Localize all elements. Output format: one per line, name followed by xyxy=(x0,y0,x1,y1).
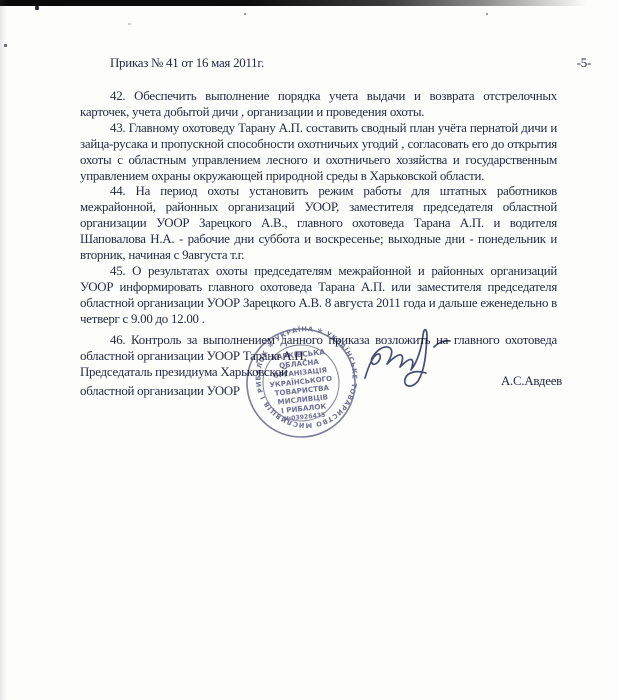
signatory-name: А.С.Авдеев xyxy=(501,374,562,389)
page-number: -5- xyxy=(577,56,591,71)
paragraph-43: 43. Главному охотоведу Тарану А.П. соста… xyxy=(80,121,557,185)
paragraph-45: 45. О результатах охоты председателям ме… xyxy=(80,264,557,328)
scan-speck xyxy=(244,13,246,15)
handwritten-signature xyxy=(358,324,458,406)
signature-stroke-main xyxy=(365,330,427,387)
signature-stroke-dash xyxy=(434,341,450,347)
paragraph-42: 42. Обеспечить выполнение порядка учета … xyxy=(80,89,557,121)
document-page: Приказ № 41 от 16 мая 2011г. -5- 42. Обе… xyxy=(0,0,618,700)
official-stamp: ✻ УКРАЇНА ✻ УКРАЇНСЬКЕ ТОВАРИСТВО МИСЛИВ… xyxy=(235,317,367,449)
scan-top-edge xyxy=(0,0,618,6)
scan-speck xyxy=(35,6,39,10)
scan-speck xyxy=(4,44,7,47)
scan-speck xyxy=(128,23,131,25)
order-header: Приказ № 41 от 16 мая 2011г. -5- xyxy=(0,56,618,74)
scan-left-edge xyxy=(0,0,7,700)
paragraph-44: 44. На период охоты установить режим раб… xyxy=(80,184,557,264)
scan-speck xyxy=(486,13,488,15)
order-number-line: Приказ № 41 от 16 мая 2011г. xyxy=(110,56,264,71)
